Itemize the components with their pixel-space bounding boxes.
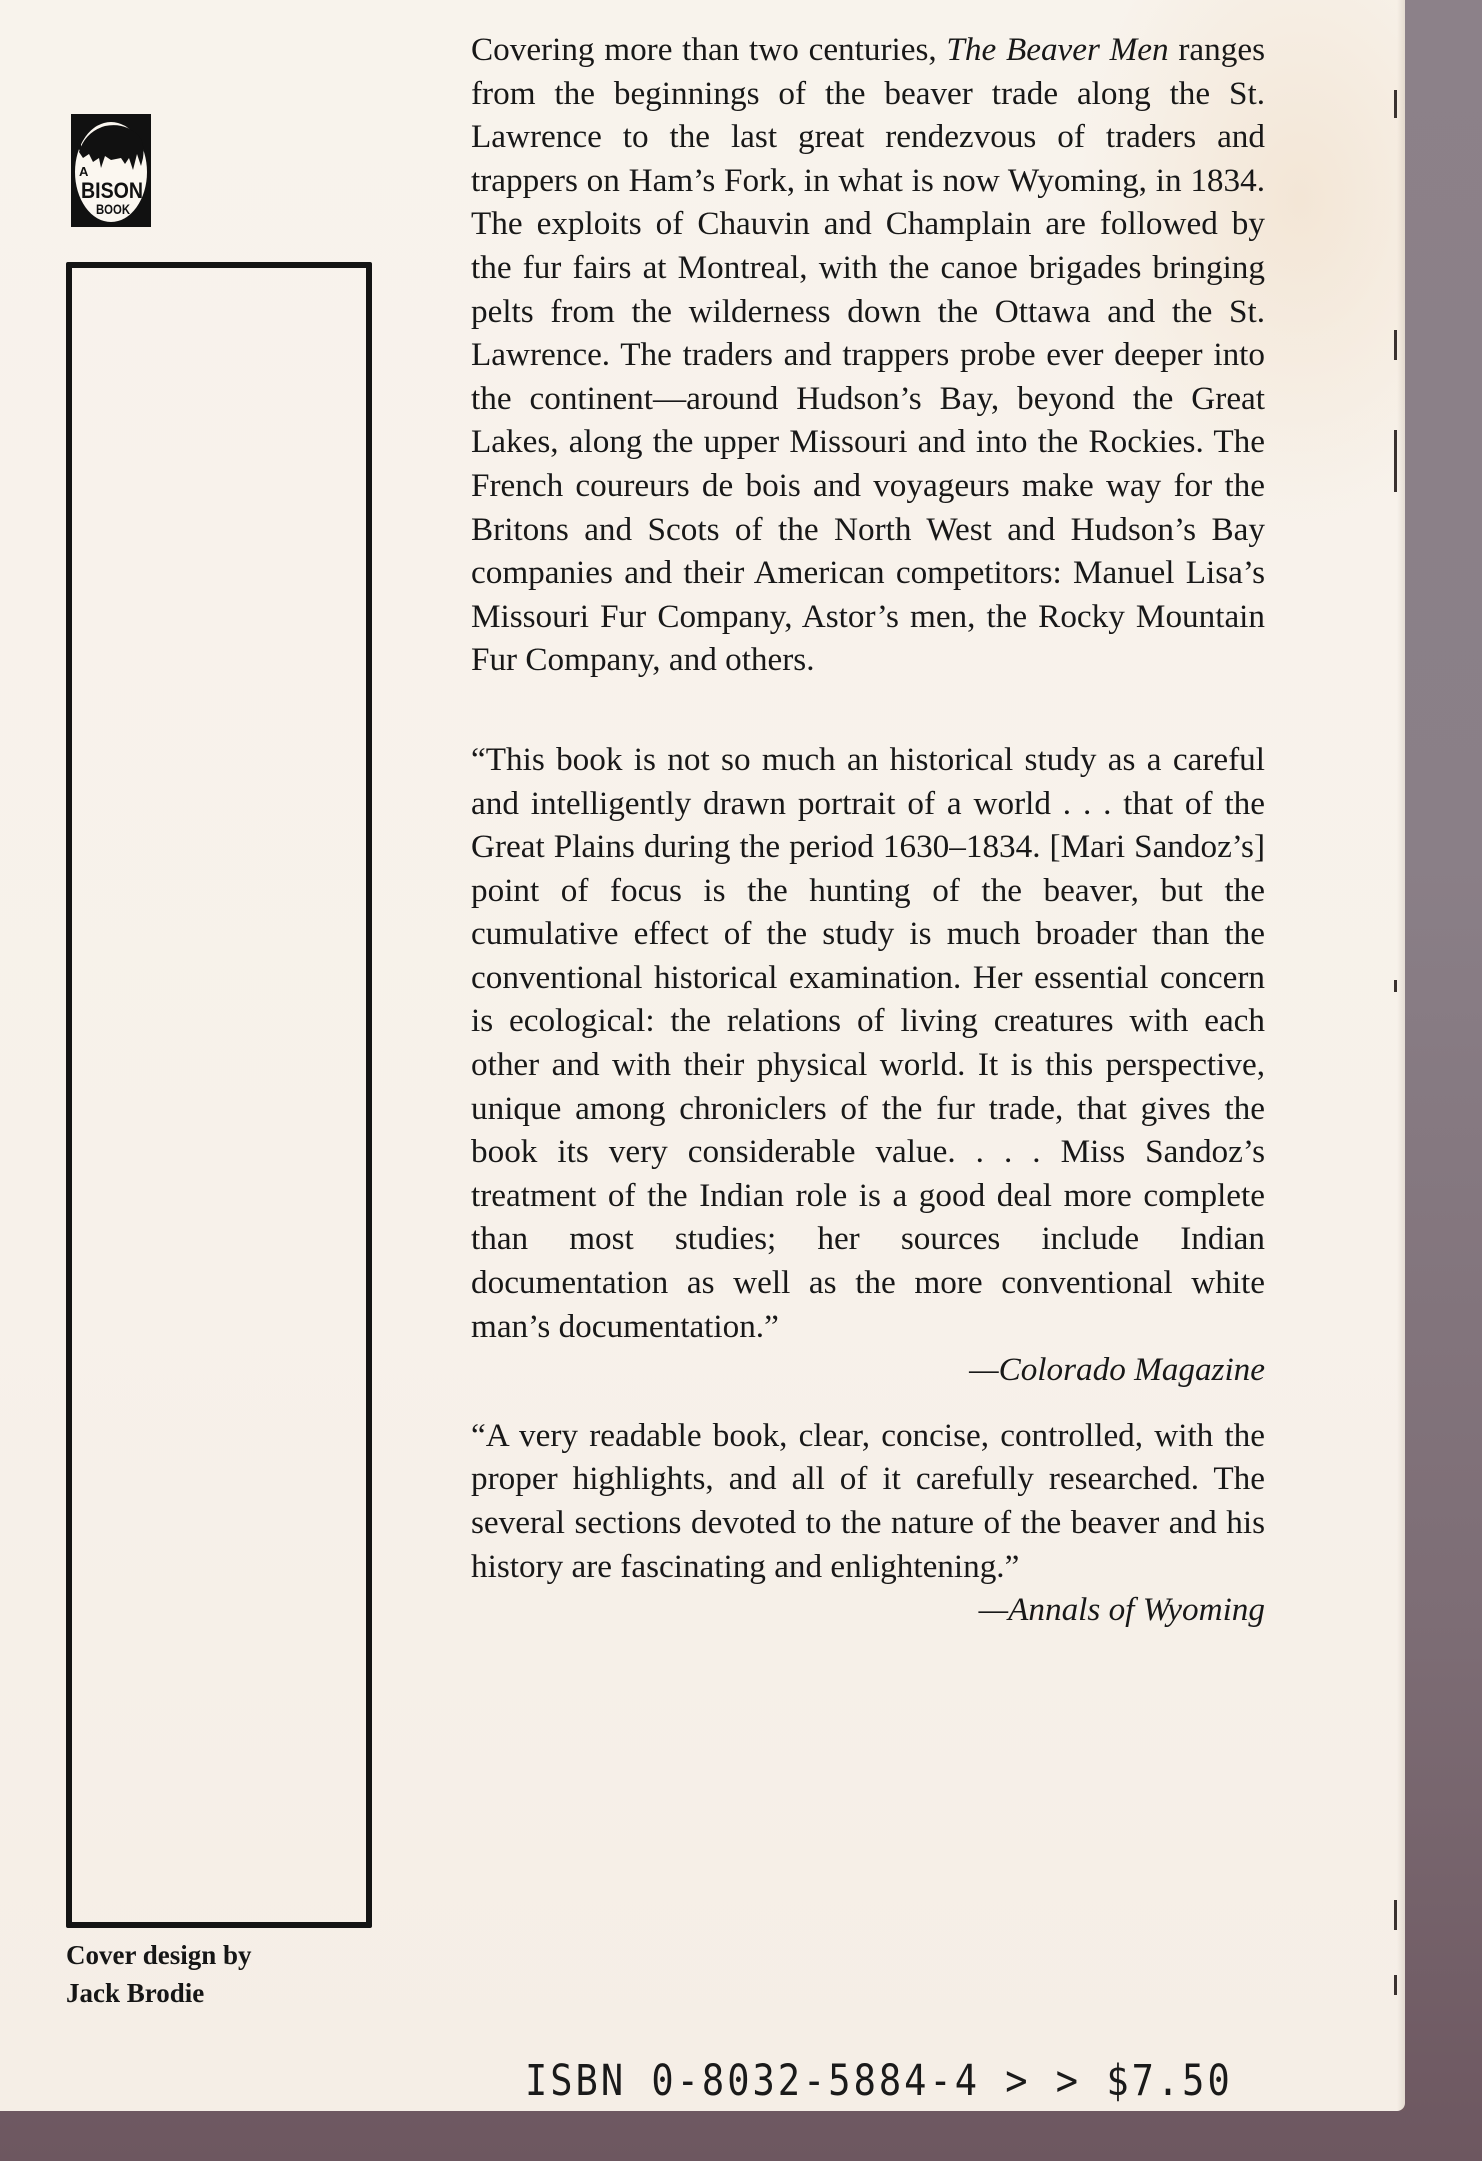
bison-book-logo: A BISON BOOK <box>71 114 151 227</box>
blank-frame <box>66 262 372 1928</box>
page-edge-wear <box>1394 0 1400 2111</box>
svg-text:BOOK: BOOK <box>96 201 130 217</box>
review-source-1: —Colorado Magazine <box>471 1348 1265 1392</box>
review-source-2: —Annals of Wyoming <box>471 1588 1265 1632</box>
svg-text:BISON: BISON <box>81 178 143 203</box>
bison-icon: A BISON BOOK <box>71 114 151 227</box>
book-description: Covering more than two centuries, The Be… <box>471 28 1265 682</box>
blurb-column: Covering more than two centuries, The Be… <box>471 28 1265 1632</box>
book-title: The Beaver Men <box>946 31 1168 68</box>
review-quote-2: “A very readable book, clear, concise, c… <box>471 1414 1265 1588</box>
credit-designer-name: Jack Brodie <box>66 1974 252 2012</box>
cover-design-credit: Cover design by Jack Brodie <box>66 1936 252 2012</box>
isbn-price-line: ISBN 0-8032-5884-4 > > $7.50 <box>525 2056 1233 2105</box>
credit-line-1: Cover design by <box>66 1936 252 1974</box>
svg-text:A: A <box>79 164 89 179</box>
book-back-cover: A BISON BOOK Cover design by Jack Brodie… <box>0 0 1405 2111</box>
review-quote-1: “This book is not so much an historical … <box>471 738 1265 1348</box>
